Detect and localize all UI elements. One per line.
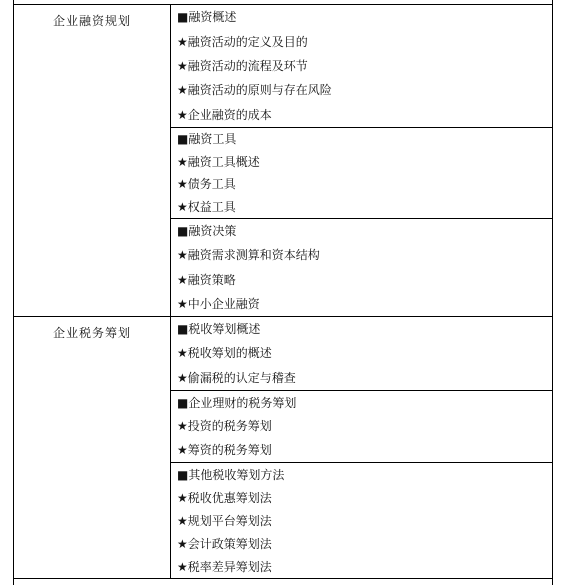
- outline-item: ■融资概述: [177, 10, 552, 24]
- topics-cell: ■融资概述 ★融资活动的定义及目的 ★融资活动的流程及环节 ★融资活动的原则与存…: [171, 5, 552, 316]
- topics-cell: ■税收筹划概述 ★税收筹划的概述 ★偷漏税的认定与稽查 ■企业理财的税务筹划 ★…: [171, 317, 552, 578]
- outline-item: ★融资工具概述: [177, 155, 552, 169]
- outline-item: ★投资的税务筹划: [177, 419, 552, 433]
- outline-item: ■其他税收筹划方法: [177, 468, 552, 482]
- cropped-next-row: [14, 579, 552, 585]
- category-label: 企业融资规划: [53, 14, 131, 28]
- outline-item: ■税收筹划概述: [177, 322, 552, 336]
- category-cell: 企业融资规划: [14, 5, 171, 316]
- category-cell: 企业税务筹划: [14, 317, 171, 578]
- outline-item: ★融资活动的流程及环节: [177, 59, 552, 73]
- outline-item: ■企业理财的税务筹划: [177, 396, 552, 410]
- table-row-financing-planning: 企业融资规划 ■融资概述 ★融资活动的定义及目的 ★融资活动的流程及环节 ★融资…: [14, 5, 552, 317]
- table-row-tax-planning: 企业税务筹划 ■税收筹划概述 ★税收筹划的概述 ★偷漏税的认定与稽查 ■企业理财…: [14, 317, 552, 579]
- outline-item: ★权益工具: [177, 200, 552, 214]
- outline-item: ★会计政策筹划法: [177, 537, 552, 551]
- outline-item: ■融资决策: [177, 224, 552, 238]
- topic-group-corporate-finance-tax: ■企业理财的税务筹划 ★投资的税务筹划 ★筹资的税务筹划: [171, 391, 552, 463]
- outline-item: ★中小企业融资: [177, 297, 552, 311]
- outline-item: ★融资策略: [177, 273, 552, 287]
- outline-item: ★融资活动的定义及目的: [177, 35, 552, 49]
- outline-item: ★税收优惠筹划法: [177, 491, 552, 505]
- topic-group-financing-decision: ■融资决策 ★融资需求测算和资本结构 ★融资策略 ★中小企业融资: [171, 219, 552, 316]
- outline-item: ★企业融资的成本: [177, 108, 552, 122]
- category-label: 企业税务筹划: [53, 326, 131, 340]
- course-outline-table: 企业融资规划 ■融资概述 ★融资活动的定义及目的 ★融资活动的流程及环节 ★融资…: [13, 0, 553, 585]
- outline-item: ★税率差异筹划法: [177, 560, 552, 574]
- outline-item: ★融资需求测算和资本结构: [177, 248, 552, 262]
- topic-group-tax-overview: ■税收筹划概述 ★税收筹划的概述 ★偷漏税的认定与稽查: [171, 317, 552, 391]
- outline-item: ★税收筹划的概述: [177, 346, 552, 360]
- outline-item: ■融资工具: [177, 132, 552, 146]
- outline-item: ★筹资的税务筹划: [177, 443, 552, 457]
- topic-group-financing-tools: ■融资工具 ★融资工具概述 ★债务工具 ★权益工具: [171, 128, 552, 219]
- outline-item: ★债务工具: [177, 177, 552, 191]
- topic-group-other-tax-methods: ■其他税收筹划方法 ★税收优惠筹划法 ★规划平台筹划法 ★会计政策筹划法 ★税率…: [171, 463, 552, 578]
- outline-item: ★偷漏税的认定与稽查: [177, 371, 552, 385]
- topic-group-financing-overview: ■融资概述 ★融资活动的定义及目的 ★融资活动的流程及环节 ★融资活动的原则与存…: [171, 5, 552, 128]
- outline-item: ★规划平台筹划法: [177, 514, 552, 528]
- outline-item: ★融资活动的原则与存在风险: [177, 83, 552, 97]
